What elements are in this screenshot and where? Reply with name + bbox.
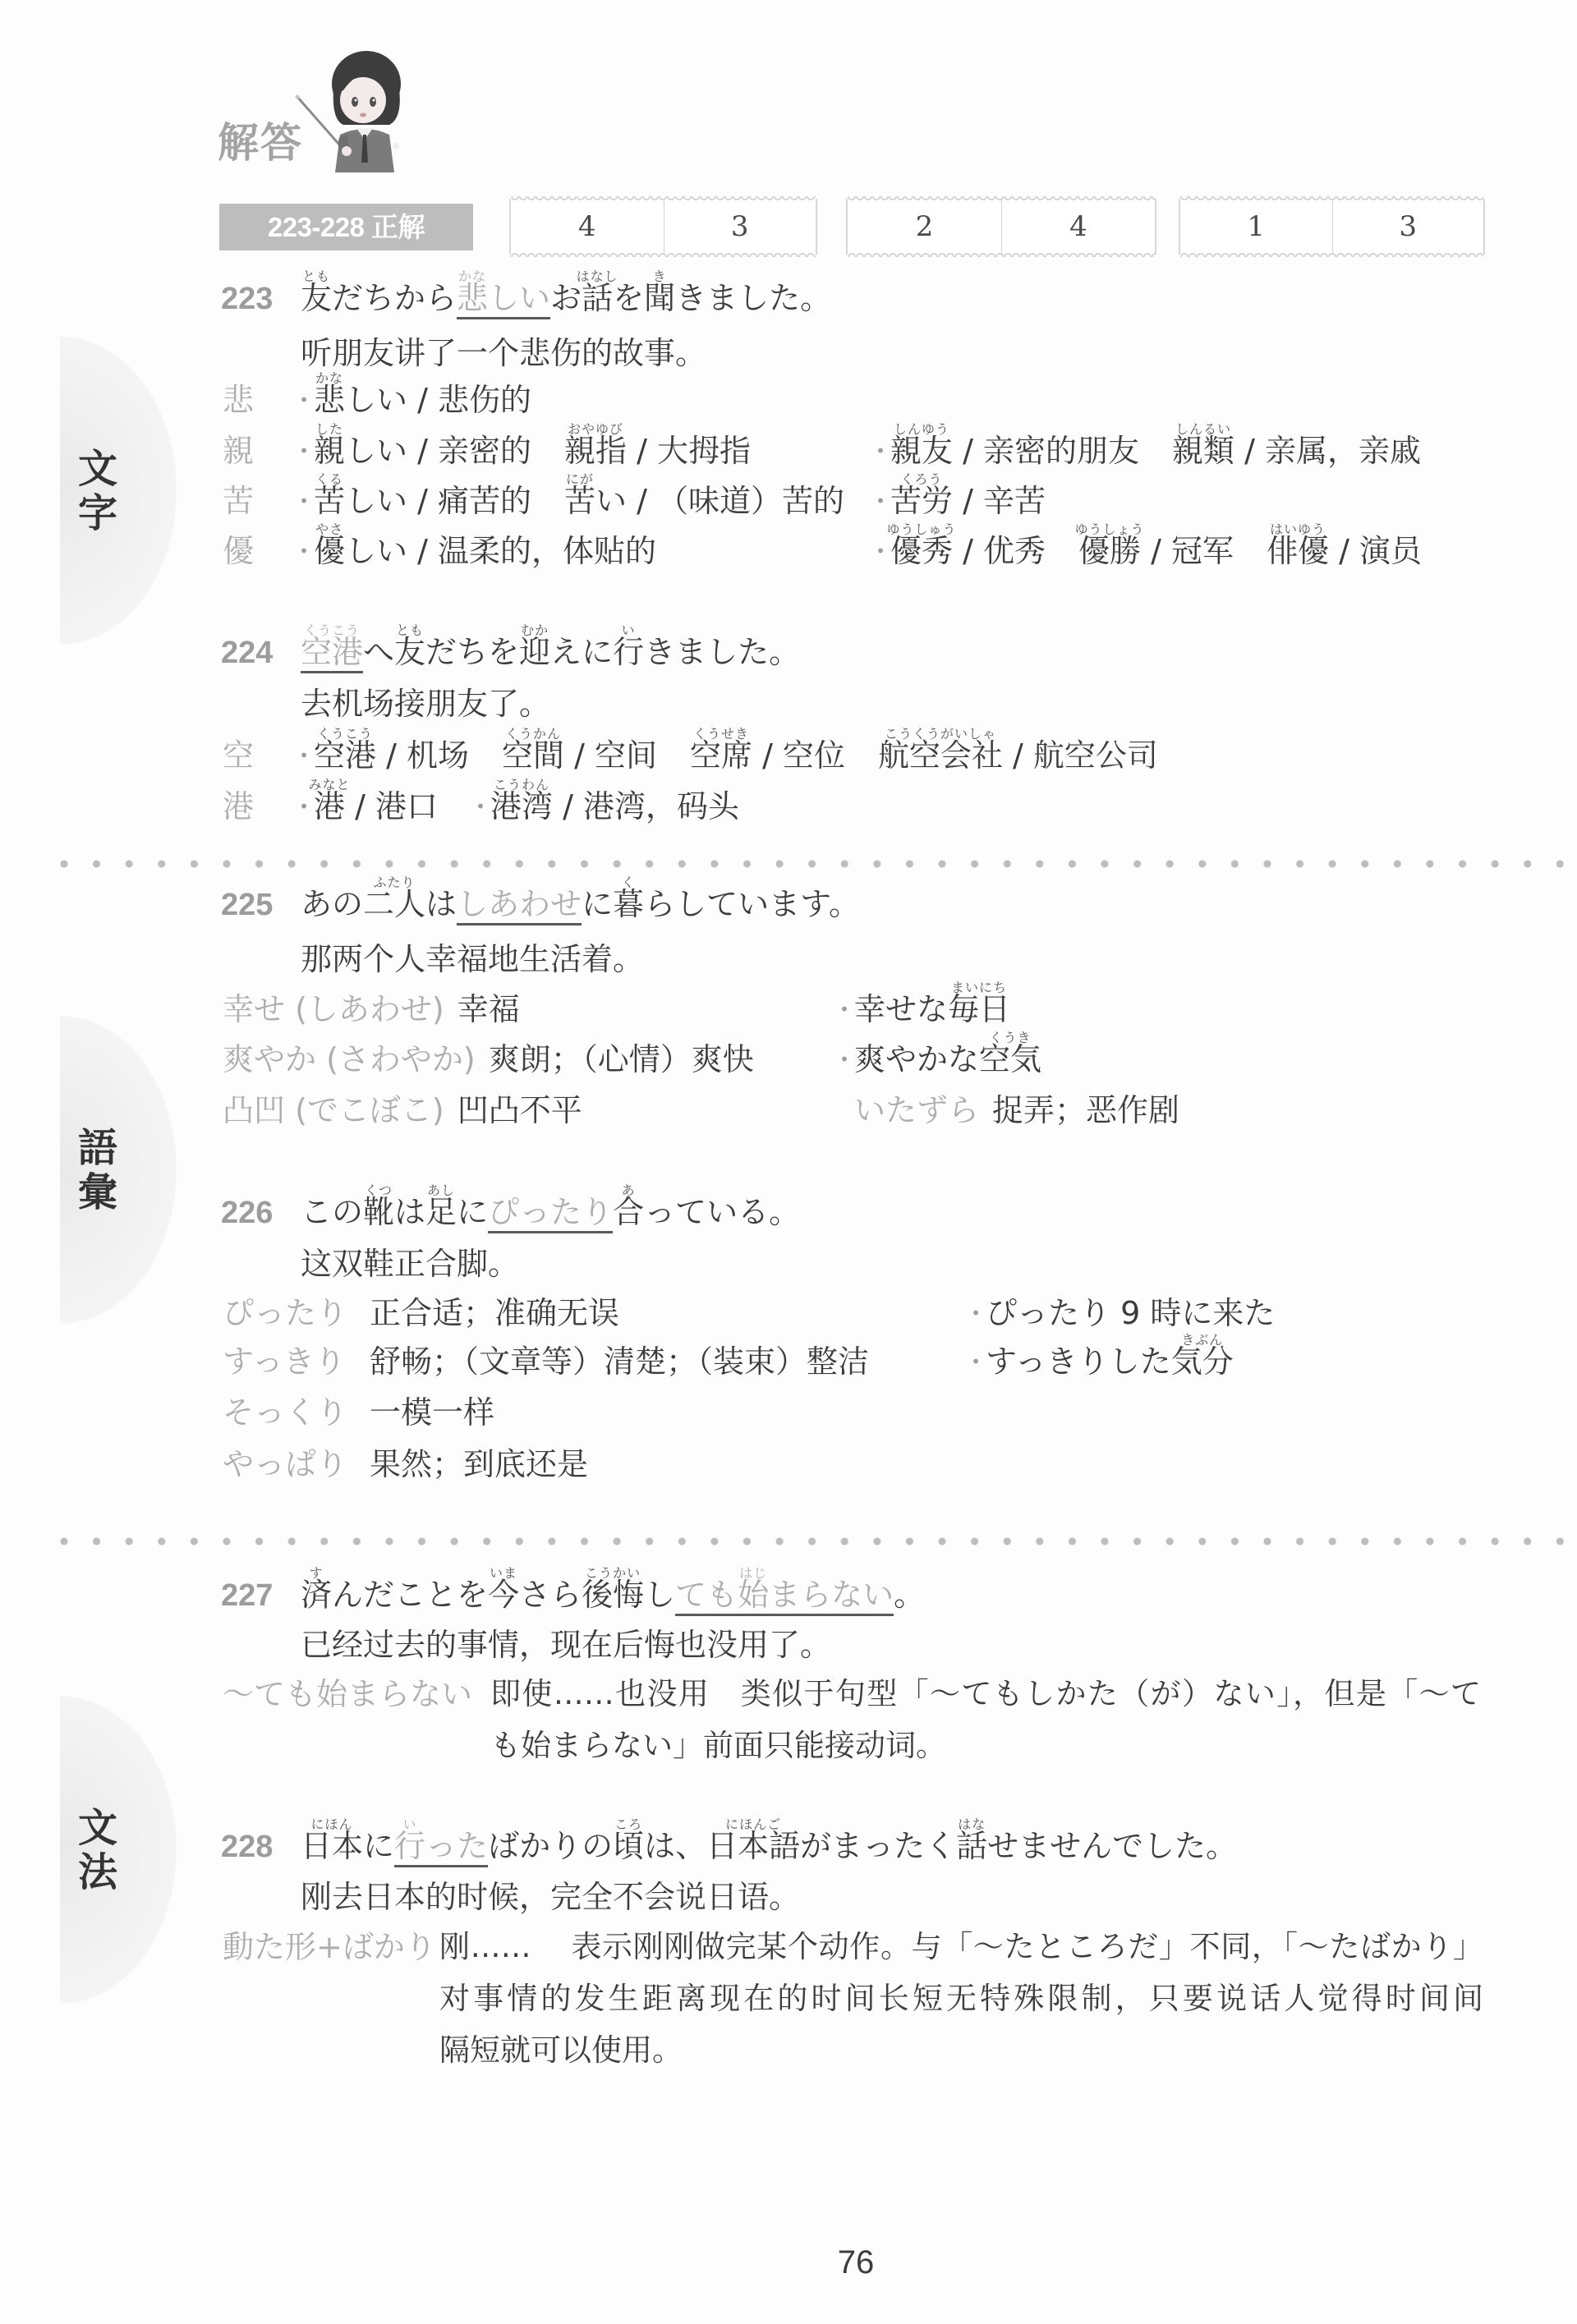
text-segment: に	[457, 1194, 488, 1230]
answer-group: 4 3	[509, 199, 817, 255]
vocab-entry: すっきり舒畅；（文章等）清楚；（装束）整洁	[223, 1343, 869, 1380]
text-segment: まらない	[769, 1577, 894, 1613]
grammar-note: 表示刚刚做完某个动作。与「〜たところだ」不同，「〜たばかり」	[571, 1929, 1483, 1964]
furigana: こうわん	[457, 778, 586, 792]
dotted-separator	[59, 859, 1577, 869]
sentence-text: 済すんだことを今いまさら後悔こうかいしても始はじまらない。	[301, 1577, 925, 1613]
answer-cell: 1	[1180, 199, 1332, 255]
ruby-base: 悲かな	[314, 380, 345, 420]
bullet-icon: •	[834, 990, 854, 1029]
bullet-icon: •	[294, 736, 314, 775]
ruby-base: 親指おやゆび	[564, 431, 627, 471]
vocab-column-1: •苦くるしい / 痛苦的苦にがい / （味道）苦的	[294, 481, 877, 521]
furigana: かな	[281, 372, 378, 385]
explanation-line: 即使……也没用类似于句型「〜てもしかた（が）ない」，但是「〜て	[490, 1668, 1481, 1720]
ruby-base: 暮く	[613, 884, 644, 924]
ruby-base: 話はなし	[582, 278, 613, 318]
word-meaning: 果然；到底还是	[370, 1446, 588, 1482]
ruby-base: 親した	[314, 431, 345, 471]
vocab-entry: 親類しんるい / 亲属，亲戚	[1172, 433, 1421, 469]
ruby-base: 空間くうかん	[502, 736, 564, 775]
vocab-entry: やっぱり果然；到底还是	[223, 1446, 588, 1482]
explanation-line: 隔短就可以使用。	[439, 2024, 1483, 2076]
bullet-icon: •	[471, 787, 490, 826]
underlined-target-word: しあわせ	[457, 886, 582, 925]
vocab-column-1: すっきり舒畅；（文章等）清楚；（装束）整洁	[223, 1342, 902, 1381]
ruby-base: 港湾こうわん	[490, 787, 553, 826]
text-segment: しい / 悲伤的	[345, 382, 531, 418]
question-227-sentence: 227済すんだことを今いまさら後悔こうかいしても始はじまらない。	[221, 1575, 925, 1614]
furigana: あし	[393, 1184, 490, 1197]
vocab-entry: •親したしい / 亲密的	[294, 433, 531, 469]
grammar-note: 对事情的发生距离现在的时间长短无特殊限制，只要说话人觉得时间间	[439, 1981, 1483, 2016]
underlined-target-word: ぴったり	[488, 1194, 613, 1233]
vocab-entry: 航空会社こうくうがいしゃ / 航空公司	[878, 737, 1158, 774]
vocab-entry: •いたずら捉弄；恶作剧	[834, 1092, 1179, 1128]
question-number: 224	[221, 633, 301, 673]
kanji-label: 悲	[223, 380, 254, 420]
word-label: 幸せ (しあわせ)	[223, 991, 444, 1027]
vocab-column-1: •空港くうこう / 机场空間くうかん / 空间空席くうせき / 空位航空会社こう…	[294, 736, 1191, 775]
ruby-base: 始はじ	[738, 1575, 769, 1614]
furigana: くうせき	[657, 728, 785, 741]
text-segment: った	[425, 1828, 488, 1864]
vocab-column-2: •すっきりした気分きぶん	[966, 1342, 1267, 1381]
grammar-gloss: 刚……	[439, 1929, 531, 1964]
word-meaning: 捉弄；恶作剧	[992, 1092, 1179, 1128]
text-segment: んだことを	[332, 1577, 488, 1613]
question-225-translation: 那两个人幸福地生活着。	[301, 939, 644, 979]
question-number: 225	[221, 885, 301, 925]
text-segment: / 空间	[564, 737, 657, 774]
text-segment: 。	[894, 1577, 925, 1613]
explanation-line: 对事情的发生距离现在的时间长短无特殊限制，只要说话人觉得时间间	[439, 1973, 1483, 2024]
text-segment: に	[582, 886, 613, 922]
question-number: 228	[221, 1827, 301, 1867]
word-row: 幸せ (しあわせ)幸福 •幸せな毎日まいにち	[0, 990, 1577, 1029]
ruby-base: 足あし	[425, 1192, 457, 1232]
word-label: すっきり	[223, 1342, 370, 1381]
ruby-base: 済す	[301, 1575, 332, 1614]
kanji-label: 優	[223, 531, 254, 571]
text-segment: らしています。	[644, 886, 860, 922]
question-228-sentence: 228日本にほんに行いったばかりの頃ころは、日本語にほんごがまったく話はなせませ…	[221, 1826, 1237, 1866]
text-segment: / 演员	[1329, 533, 1422, 569]
furigana: まいにち	[915, 981, 1043, 994]
explanation-line: も始まらない」前面只能接动词。	[490, 1720, 1481, 1771]
furigana: いま	[455, 1567, 552, 1580]
bullet-icon: •	[294, 431, 314, 471]
word-label: 凸凹 (でこぼこ)	[223, 1092, 444, 1128]
vocab-entry: •幸せな毎日まいにち	[834, 991, 1010, 1027]
kanji-label: 港	[223, 787, 254, 826]
text-segment: しい / 温柔的，体贴的	[345, 533, 656, 569]
word-row: 爽やか (さわやか)爽朗；（心情）爽快 •爽やかな空気くうき	[0, 1040, 1577, 1079]
bullet-icon: •	[294, 481, 314, 521]
ruby-base: 俳優はいゆう	[1267, 531, 1329, 571]
word-label: そっくり	[223, 1393, 370, 1432]
ruby-base: 苦労くろう	[890, 481, 953, 521]
text-segment: この	[301, 1194, 363, 1230]
text-segment: は	[425, 886, 457, 922]
text-segment: すっきりした	[986, 1343, 1171, 1380]
furigana: むか	[486, 624, 583, 637]
vocab-entry: •親友しんゆう / 亲密的朋友	[871, 433, 1139, 469]
furigana: こうかい	[549, 1567, 677, 1580]
ruby-base: 靴くつ	[363, 1192, 394, 1232]
bullet-icon: •	[294, 787, 314, 826]
bullet-icon: •	[966, 1342, 986, 1381]
sentence-text: この靴くつは足あしにぴったり合あっている。	[301, 1194, 800, 1230]
furigana: とも	[361, 624, 458, 637]
furigana: やさ	[281, 523, 378, 536]
sentence-text: 空港くうこうへ友ともだちを迎むかえに行いきました。	[301, 634, 800, 670]
text-segment: ても	[675, 1577, 738, 1613]
bullet-icon: •	[966, 1293, 986, 1333]
kanji-label: 親	[223, 431, 254, 471]
vocab-entry: •苦くるしい / 痛苦的	[294, 483, 531, 519]
vocab-entry: •空港くうこう / 机场	[294, 737, 469, 774]
text-segment: / 机场	[376, 737, 469, 774]
text-segment: / 港湾，码头	[553, 788, 739, 824]
bullet-icon: •	[294, 380, 314, 420]
word-meaning: 爽朗；（心情）爽快	[489, 1041, 754, 1077]
vocab-entry: •悲かなしい / 悲伤的	[294, 382, 531, 418]
ruby-base: 後悔こうかい	[582, 1575, 644, 1614]
word-row: 凸凹 (でこぼこ)凹凸不平 •いたずら捉弄；恶作剧	[0, 1091, 1577, 1130]
furigana: はいゆう	[1234, 523, 1362, 536]
kanji-row: 親 •親したしい / 亲密的親指おやゆび / 大拇指 •親友しんゆう / 亲密的…	[0, 431, 1577, 471]
vocab-entry: 優勝ゆうしょう / 冠军	[1078, 533, 1234, 569]
question-number: 227	[221, 1576, 301, 1615]
vocab-column-2: •苦労くろう / 辛苦	[871, 481, 1078, 521]
vocab-entry: •すっきりした気分きぶん	[966, 1343, 1234, 1380]
word-row: そっくり一模一样	[0, 1393, 1577, 1432]
vocab-entry: 俳優はいゆう / 演员	[1267, 533, 1422, 569]
vocab-column-1: •悲かなしい / 悲伤的	[294, 380, 564, 420]
word-label: 爽やか (さわやか)	[223, 1041, 476, 1077]
ruby-base: 悲かな	[457, 278, 488, 318]
question-226-sentence: 226この靴くつは足あしにぴったり合あっている。	[221, 1192, 800, 1232]
vocab-entry: •苦労くろう / 辛苦	[871, 483, 1046, 519]
text-segment: / 航空公司	[1003, 737, 1158, 774]
vocab-column-1: 幸せ (しあわせ)幸福	[223, 990, 553, 1029]
word-row: やっぱり果然；到底还是	[0, 1444, 1577, 1484]
ruby-base: 行い	[613, 632, 644, 672]
text-segment: へ	[363, 634, 394, 670]
text-segment: しい	[488, 280, 550, 316]
text-segment: を	[613, 280, 644, 316]
text-segment: だちから	[332, 280, 457, 316]
vocab-entry: 空間くうかん / 空间	[502, 737, 657, 774]
ruby-base: 迎むか	[519, 632, 550, 672]
grammar-pattern-label: 〜ても始まらない	[223, 1674, 472, 1714]
ruby-base: 空気くうき	[979, 1040, 1041, 1079]
word-meaning: 一模一样	[370, 1394, 494, 1431]
furigana: ころ	[580, 1818, 677, 1831]
question-number: 223	[221, 279, 301, 319]
vocab-column-2: •いたずら捉弄；恶作剧	[834, 1091, 1212, 1130]
ruby-base: 日本語にほんご	[706, 1826, 800, 1866]
ruby-base: 友とも	[301, 278, 332, 318]
text-segment: 幸せな	[854, 991, 948, 1027]
word-meaning: 幸福	[457, 991, 520, 1027]
text-segment: しい / 痛苦的	[345, 483, 531, 519]
vocab-column-2: •幸せな毎日まいにち	[834, 990, 1043, 1029]
text-segment: / 优秀	[953, 533, 1046, 569]
text-segment: / 亲属，亲戚	[1234, 433, 1421, 469]
ruby-base: 今いま	[488, 1575, 519, 1614]
furigana: した	[281, 423, 378, 436]
kanji-row: 空 •空港くうこう / 机场空間くうかん / 空间空席くうせき / 空位航空会社…	[0, 736, 1577, 775]
grammar-note: も始まらない」前面只能接动词。	[490, 1728, 946, 1763]
text-segment: しあわせ	[457, 886, 582, 922]
ruby-base: 親友しんゆう	[890, 431, 953, 471]
bullet-icon: •	[294, 531, 314, 571]
page-number: 76	[815, 2243, 897, 2282]
grammar-gloss: 即使……也没用	[490, 1676, 710, 1711]
vocab-column-1: •親したしい / 亲密的親指おやゆび / 大拇指	[294, 431, 784, 471]
question-225-sentence: 225あの二人ふたりはしあわせに暮くらしています。	[221, 884, 860, 924]
grammar-note: 隔短就可以使用。	[439, 2032, 683, 2068]
word-label: いたずら	[854, 1092, 979, 1128]
furigana: にほんご	[674, 1818, 833, 1831]
word-row: ぴったり正合适；准确无误 •ぴったり 9 時に来た	[0, 1293, 1577, 1333]
grammar-explanation: 刚……表示刚刚做完某个动作。与「〜たところだ」不同，「〜たばかり」 对事情的发生…	[439, 1921, 1483, 2076]
answer-group: 1 3	[1179, 199, 1485, 255]
text-segment: きました。	[675, 280, 831, 316]
text-segment: がまったく	[800, 1828, 956, 1864]
text-segment: しい / 亲密的	[345, 433, 531, 469]
text-segment: っている。	[644, 1194, 800, 1230]
text-segment: / 港口	[345, 788, 438, 824]
text-segment: お	[550, 280, 582, 316]
vocab-entry: 親指おやゆび / 大拇指	[564, 433, 751, 469]
vocab-column-1: やっぱり果然；到底还是	[223, 1444, 621, 1484]
bullet-icon: •	[834, 1040, 854, 1079]
kanji-label: 苦	[223, 481, 254, 521]
vocab-column-2: •優秀ゆうしゅう / 优秀優勝ゆうしょう / 冠军俳優はいゆう / 演员	[871, 531, 1455, 571]
page-title: 解答	[218, 118, 303, 168]
ruby-base: 航空会社こうくうがいしゃ	[878, 736, 1003, 775]
furigana: あ	[580, 1184, 677, 1197]
side-tab-label: 文法	[76, 1806, 119, 1895]
dotted-separator	[59, 1536, 1577, 1546]
furigana: ゆうしゅう	[857, 523, 986, 536]
ruby-base: 行い	[394, 1826, 425, 1866]
furigana: にが	[531, 473, 628, 486]
question-number: 226	[221, 1193, 301, 1233]
furigana: きぶん	[1138, 1334, 1267, 1347]
ruby-base: 苦くる	[314, 481, 345, 521]
text-segment: / 亲密的朋友	[953, 433, 1139, 469]
question-228-translation: 刚去日本的时候，完全不会说日语。	[301, 1877, 800, 1917]
grammar-pattern-label: 動た形+ばかり	[223, 1927, 436, 1967]
answer-cell: 4	[511, 199, 664, 255]
bullet-icon: •	[871, 531, 890, 571]
bullet-icon: •	[871, 481, 890, 521]
furigana: ふたり	[330, 876, 458, 889]
vocab-entry: •港湾こうわん / 港湾，码头	[471, 788, 739, 824]
vocab-entry: •爽やかな空気くうき	[834, 1041, 1041, 1077]
vocab-column-1: そっくり一模一样	[223, 1393, 527, 1432]
vocab-entry: •港みなと / 港口	[294, 788, 438, 824]
furigana: くうき	[946, 1031, 1074, 1045]
ruby-base: 合あ	[613, 1192, 644, 1232]
vocab-column-2: •親友しんゆう / 亲密的朋友親類しんるい / 亲属，亲戚	[871, 431, 1454, 471]
text-segment: せませんでした。	[987, 1828, 1237, 1864]
bullet-icon: •	[871, 431, 890, 471]
text-segment: 爽やかな	[854, 1041, 979, 1077]
underlined-target-word: 空港くうこう	[301, 634, 363, 673]
furigana: く	[580, 876, 677, 889]
side-tab-label: 語彙	[76, 1126, 119, 1215]
text-segment: に	[363, 1828, 394, 1864]
furigana: くうかん	[469, 728, 597, 741]
vocab-entry: 空席くうせき / 空位	[690, 737, 845, 774]
ruby-base: 優勝ゆうしょう	[1078, 531, 1141, 571]
word-meaning: 凹凸不平	[457, 1092, 582, 1128]
word-label: やっぱり	[223, 1444, 370, 1484]
ruby-base: 頃ころ	[613, 1826, 644, 1866]
ruby-base: 空港くうこう	[314, 736, 376, 775]
ruby-base: 友とも	[394, 632, 425, 672]
vocab-column-1: ぴったり正合适；准确无误	[223, 1293, 652, 1333]
word-row: すっきり舒畅；（文章等）清楚；（装束）整洁 •すっきりした気分きぶん	[0, 1342, 1577, 1381]
kanji-row: 悲 •悲かなしい / 悲伤的	[0, 380, 1577, 420]
ruby-base: 港みなと	[314, 787, 345, 826]
vocab-column-1: •優やさしい / 温柔的，体贴的	[294, 531, 689, 571]
vocab-entry: •優秀ゆうしゅう / 优秀	[871, 533, 1046, 569]
vocab-entry: そっくり一模一样	[223, 1394, 494, 1431]
explanation-line: 刚……表示刚刚做完某个动作。与「〜たところだ」不同，「〜たばかり」	[439, 1921, 1483, 1973]
text-segment: / 空位	[752, 737, 845, 774]
word-meaning: 舒畅；（文章等）清楚；（装束）整洁	[370, 1343, 869, 1380]
text-segment: えに	[550, 634, 613, 670]
question-223-sentence: 223友ともだちから悲かなしいお話はなしを聞ききました。	[221, 278, 831, 318]
kanji-row: 苦 •苦くるしい / 痛苦的苦にがい / （味道）苦的 •苦労くろう / 辛苦	[0, 481, 1577, 521]
question-224-sentence: 224空港くうこうへ友ともだちを迎むかえに行いきました。	[221, 632, 800, 672]
word-label: ぴったり	[223, 1293, 370, 1333]
answer-cell: 3	[664, 199, 816, 255]
answer-cell: 4	[1001, 199, 1155, 255]
question-224-translation: 去机场接朋友了。	[301, 684, 550, 723]
teacher-mascot-icon	[294, 49, 405, 172]
text-segment: は、	[644, 1828, 706, 1864]
question-226-translation: 这双鞋正合脚。	[301, 1244, 519, 1284]
furigana: はじ	[705, 1567, 802, 1580]
sentence-text: 日本にほんに行いったばかりの頃ころは、日本語にほんごがまったく話はなせませんでし…	[301, 1828, 1237, 1864]
vocab-entry: 苦にがい / （味道）苦的	[564, 483, 844, 519]
furigana: かな	[424, 270, 521, 283]
furigana: みなと	[281, 778, 378, 792]
vocab-entry: •優やさしい / 温柔的，体贴的	[294, 533, 656, 569]
ruby-base: 空席くうせき	[690, 736, 752, 775]
text-segment: だちを	[425, 634, 519, 670]
vocab-column-1: 凸凹 (でこぼこ)凹凸不平	[223, 1091, 615, 1130]
furigana: くる	[281, 473, 378, 486]
text-segment: / 辛苦	[953, 483, 1046, 519]
ruby-base: 聞き	[644, 278, 675, 318]
question-227-translation: 已经过去的事情，现在后悔也没用了。	[301, 1625, 831, 1665]
text-segment: い / （味道）苦的	[595, 483, 844, 519]
ruby-base: 優やさ	[314, 531, 345, 571]
vocab-entry: 凸凹 (でこぼこ)凹凸不平	[223, 1092, 582, 1128]
text-segment: さら	[519, 1577, 582, 1613]
ruby-base: 優秀ゆうしゅう	[890, 531, 953, 571]
ruby-base: 話はな	[956, 1826, 987, 1866]
vocab-entry: •ぴったり 9 時に来た	[966, 1295, 1275, 1331]
text-segment: ばかりの	[488, 1828, 613, 1864]
vocab-column-2: •ぴったり 9 時に来た	[966, 1293, 1308, 1333]
text-segment: ぴったり 9 時に来た	[986, 1295, 1275, 1331]
furigana: こうくうがいしゃ	[845, 728, 1036, 741]
ruby-base: 親類しんるい	[1172, 431, 1234, 471]
ruby-base: 苦にが	[564, 481, 595, 521]
vocab-column-1: 爽やか (さわやか)爽朗；（心情）爽快	[223, 1040, 787, 1079]
furigana: い	[361, 1818, 458, 1831]
furigana: しんるい	[1139, 423, 1267, 436]
furigana: おやゆび	[531, 423, 660, 436]
vocab-column-1: •港みなと / 港口•港湾こうわん / 港湾，码头	[294, 787, 772, 826]
sentence-text: 友ともだちから悲かなしいお話はなしを聞ききました。	[301, 280, 831, 316]
word-meaning: 正合适；准确无误	[370, 1295, 619, 1331]
question-223-translation: 听朋友讲了一个悲伤的故事。	[301, 333, 706, 373]
text-segment: きました。	[644, 634, 800, 670]
furigana: くろう	[857, 473, 986, 486]
underlined-target-word: 悲かなしい	[457, 280, 550, 319]
furigana: はな	[923, 1818, 1020, 1831]
text-segment: は	[394, 1194, 425, 1230]
sentence-text: あの二人ふたりはしあわせに暮くらしています。	[301, 886, 860, 922]
text-segment: / 冠军	[1141, 533, 1234, 569]
text-segment: あの	[301, 886, 363, 922]
ruby-base: 二人ふたり	[363, 884, 425, 924]
ruby-base: 気分きぶん	[1171, 1342, 1234, 1381]
ruby-base: 空港くうこう	[301, 632, 363, 672]
text-segment: ぴったり	[488, 1194, 613, 1230]
grammar-note: 类似于句型「〜てもしかた（が）ない」，但是「〜て	[739, 1676, 1481, 1711]
kanji-row: 港 •港みなと / 港口•港湾こうわん / 港湾，码头	[0, 787, 1577, 826]
grammar-explanation: 即使……也没用类似于句型「〜てもしかた（が）ない」，但是「〜て も始まらない」前…	[490, 1668, 1481, 1771]
furigana: い	[580, 624, 677, 637]
kanji-label: 空	[223, 736, 254, 775]
vocab-entry: ぴったり正合适；准确无误	[223, 1295, 619, 1331]
furigana: き	[611, 270, 708, 283]
underlined-target-word: ても始はじまらない	[675, 1577, 894, 1616]
vocab-entry: 爽やか (さわやか)爽朗；（心情）爽快	[223, 1041, 754, 1077]
book-page: 解答 223-228 正解 4 3 2 4 1 3 文字 語彙	[0, 0, 1577, 2324]
vocab-column-2: •爽やかな空気くうき	[834, 1040, 1074, 1079]
text-segment: し	[644, 1577, 675, 1613]
kanji-row: 優 •優やさしい / 温柔的，体贴的 •優秀ゆうしゅう / 优秀優勝ゆうしょう …	[0, 531, 1577, 571]
furigana: しんゆう	[857, 423, 986, 436]
answer-group: 2 4	[846, 199, 1156, 255]
answer-cell: 2	[848, 199, 1001, 255]
answer-range-label: 223-228 正解	[219, 204, 473, 250]
underlined-target-word: 行いった	[394, 1828, 488, 1867]
furigana: す	[268, 1567, 365, 1580]
vocab-entry: 幸せ (しあわせ)幸福	[223, 991, 520, 1027]
ruby-base: 日本にほん	[301, 1826, 363, 1866]
furigana: ゆうしょう	[1046, 523, 1174, 536]
furigana: とも	[268, 270, 365, 283]
text-segment: / 大拇指	[627, 433, 751, 469]
furigana: くうこう	[281, 728, 409, 741]
ruby-base: 毎日まいにち	[948, 990, 1010, 1029]
answer-cell: 3	[1332, 199, 1484, 255]
